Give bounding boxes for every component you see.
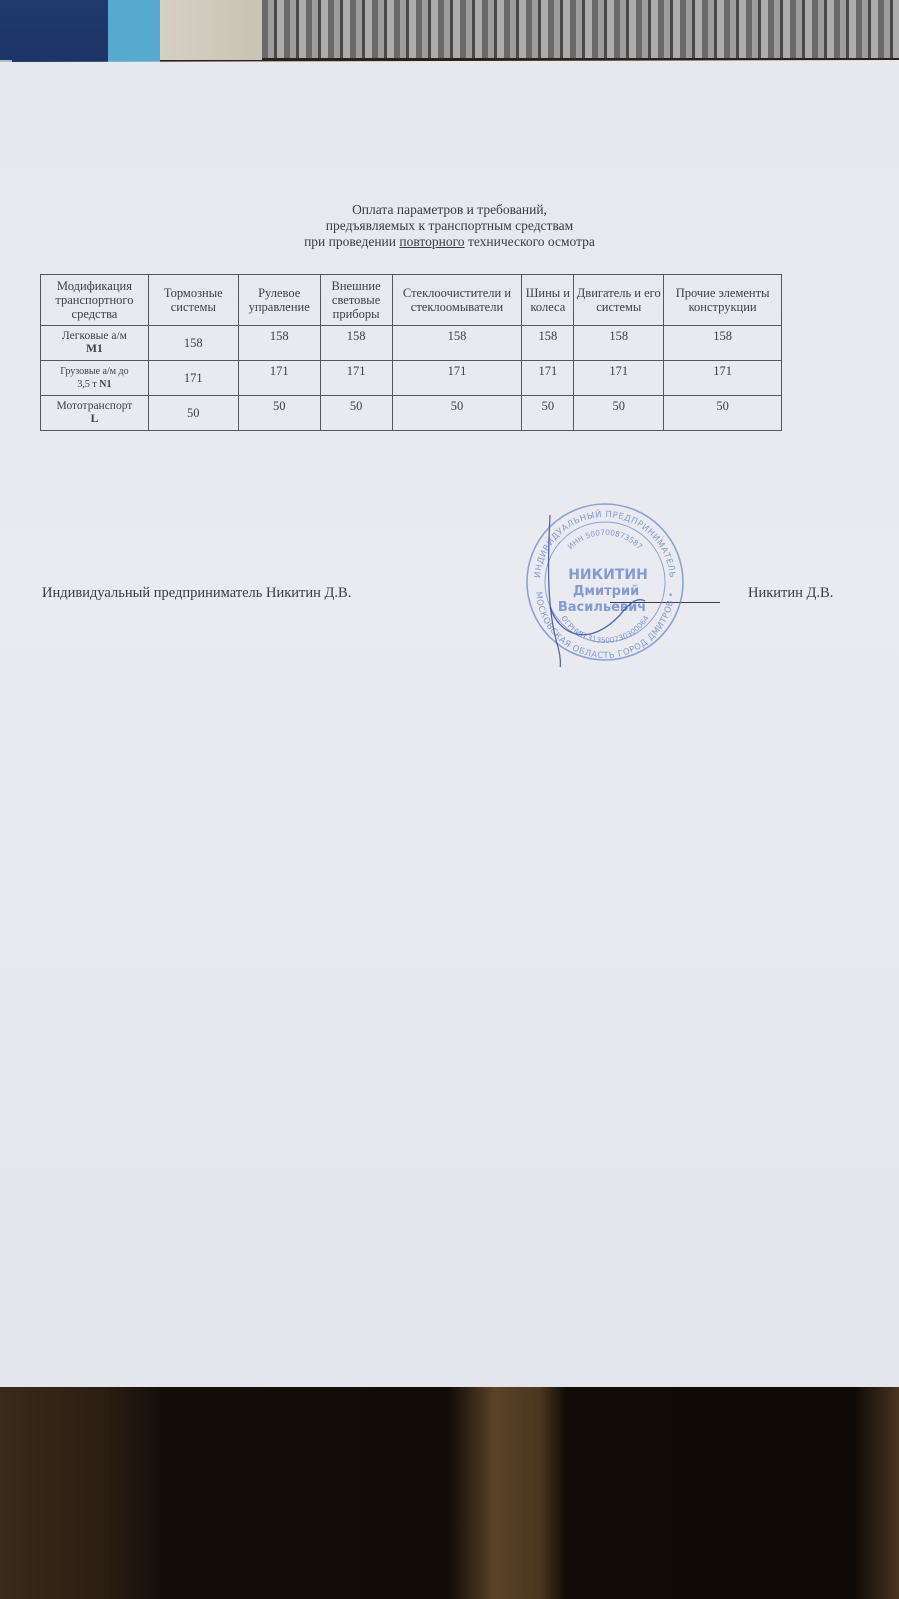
fee-cell: 158 (664, 326, 782, 361)
title-line-3: при проведении повторного технического о… (0, 234, 899, 250)
document-page: Оплата параметров и требований, предъявл… (0, 60, 899, 1387)
row-label: МототранспортL (41, 396, 149, 431)
column-header: Стеклоочистители и стеклоомыватели (392, 275, 522, 326)
table-row: Грузовые а/м до3,5 т N117117117117117117… (41, 361, 782, 396)
fee-cell: 171 (392, 361, 522, 396)
background-cyan-object (108, 0, 160, 62)
signatory-title: Индивидуальный предприниматель Никитин Д… (42, 585, 351, 602)
column-header: Тормозные системы (148, 275, 238, 326)
fee-cell: 158 (320, 326, 392, 361)
table-row: МототранспортL50505050505050 (41, 396, 782, 431)
fee-cell: 50 (522, 396, 574, 431)
document-title: Оплата параметров и требований, предъявл… (0, 202, 899, 250)
title-line-3-suffix: технического осмотра (465, 234, 595, 249)
official-stamp: ИНДИВИДУАЛЬНЫЙ ПРЕДПРИНИМАТЕЛЬ МОСКОВСКА… (520, 497, 690, 667)
title-line-2: предъявляемых к транспортным средствам (0, 218, 899, 234)
title-line-3-prefix: при проведении (304, 234, 399, 249)
vehicle-type: Грузовые а/м до (43, 365, 146, 378)
fee-cell: 50 (392, 396, 522, 431)
svg-text:Дмитрий: Дмитрий (573, 584, 639, 599)
fee-cell: 158 (148, 326, 238, 361)
fee-cell: 158 (392, 326, 522, 361)
row-label: Грузовые а/м до3,5 т N1 (41, 361, 149, 396)
table-row: Легковые а/мM1158158158158158158158 (41, 326, 782, 361)
svg-text:НИКИТИН: НИКИТИН (568, 567, 648, 583)
table-header-row: Модификация транспортного средстваТормоз… (41, 275, 782, 326)
fee-cell: 50 (320, 396, 392, 431)
column-header: Шины и колеса (522, 275, 574, 326)
vehicle-category-code: L (43, 413, 146, 426)
fee-cell: 50 (664, 396, 782, 431)
row-label: Легковые а/мM1 (41, 326, 149, 361)
vehicle-type-line-2: 3,5 т N1 (43, 378, 146, 391)
background-wall (160, 0, 262, 60)
fee-cell: 50 (238, 396, 320, 431)
column-header: Прочие элементы конструкции (664, 275, 782, 326)
fee-cell: 158 (522, 326, 574, 361)
vehicle-category-code: M1 (43, 343, 146, 356)
svg-text:ОГРНИП 313500730300064: ОГРНИП 313500730300064 (559, 614, 651, 645)
fee-cell: 171 (320, 361, 392, 396)
fee-cell: 50 (148, 396, 238, 431)
title-line-1: Оплата параметров и требований, (0, 202, 899, 218)
background-photo-top (0, 0, 899, 70)
vehicle-category-code: N1 (99, 379, 111, 390)
fee-cell: 158 (238, 326, 320, 361)
column-header: Внешние световые приборы (320, 275, 392, 326)
signatory-name: Никитин Д.В. (748, 585, 833, 602)
fees-table: Модификация транспортного средстваТормоз… (40, 274, 782, 431)
fee-cell: 171 (148, 361, 238, 396)
fee-cell: 171 (522, 361, 574, 396)
title-underlined-word: повторного (399, 234, 464, 249)
column-header: Модификация транспортного средства (41, 275, 149, 326)
column-header: Рулевое управление (238, 275, 320, 326)
vehicle-type: Мототранспорт (43, 400, 146, 413)
column-header: Двигатель и его системы (574, 275, 664, 326)
background-photo-bottom (0, 1385, 899, 1599)
background-blue-object (0, 0, 108, 62)
fee-cell: 50 (574, 396, 664, 431)
vehicle-type: Легковые а/м (43, 330, 146, 343)
svg-text:ИНН 500700873587: ИНН 500700873587 (566, 528, 644, 551)
fee-cell: 171 (238, 361, 320, 396)
fee-cell: 171 (574, 361, 664, 396)
fee-cell: 158 (574, 326, 664, 361)
fee-cell: 171 (664, 361, 782, 396)
background-stone-surface (262, 0, 899, 58)
